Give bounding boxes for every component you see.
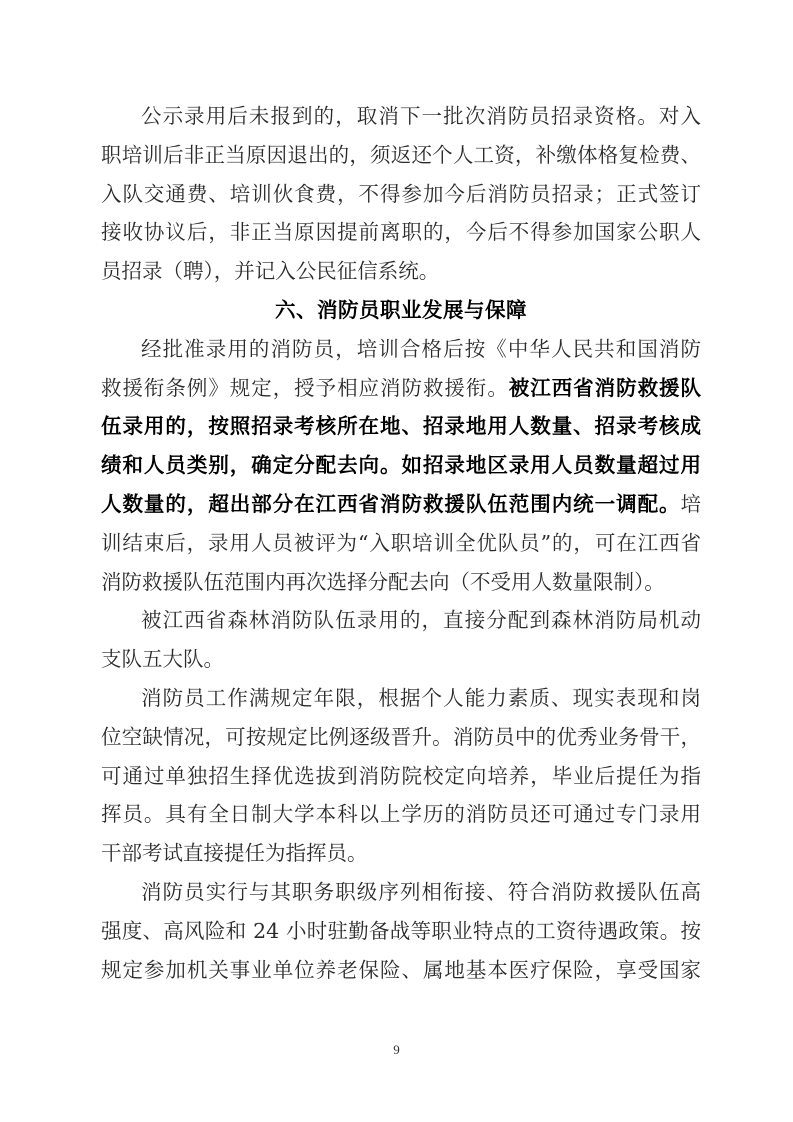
normal-text: 培 [681,492,702,516]
text-line: 消防员实行与其职务职级序列相衔接、符合消防救援队伍高 [101,873,701,912]
document-page: 公示录用后未报到的，取消下一批次消防员招录资格。对入 职培训后非正当原因退出的，… [101,97,701,989]
paragraph-assignment: 经批准录用的消防员，培训合格后按《中华人民共和国消防 救援衔条例》规定，授予相应… [101,330,701,602]
text-line-mixed: 人数量的，超出部分在江西省消防救援队伍范围内统一调配。培 [101,485,701,524]
bold-text-line: 伍录用的，按照招录考核所在地、招录地用人数量、招录考核成 [101,407,701,446]
text-line: 消防员工作满规定年限，根据个人能力素质、现实表现和岗 [101,679,701,718]
text-line: 挥员。具有全日制大学本科以上学历的消防员还可通过专门录用 [101,795,701,834]
paragraph-forest-fire: 被江西省森林消防队伍录用的，直接分配到森林消防局机动 支队五大队。 [101,601,701,679]
bold-text: 被江西省消防救援队 [509,376,701,400]
text-line-mixed: 救援衔条例》规定，授予相应消防救援衔。被江西省消防救援队 [101,369,701,408]
bold-text: 人数量的，超出部分在江西省消防救援队伍范围内统一调配。 [101,492,681,516]
page-number: 9 [0,1042,793,1058]
text-line: 规定参加机关事业单位养老保险、属地基本医疗保险，享受国家 [101,951,701,990]
paragraph-promotion: 消防员工作满规定年限，根据个人能力素质、现实表现和岗 位空缺情况，可按规定比例逐… [101,679,701,873]
text-line: 干部考试直接提任为指挥员。 [101,834,701,873]
text-line: 公示录用后未报到的，取消下一批次消防员招录资格。对入 [101,97,701,136]
text-line: 消防救援队伍范围内再次选择分配去向（不受用人数量限制）。 [101,563,701,602]
text-line: 强度、高风险和 24 小时驻勤备战等职业特点的工资待遇政策。按 [101,912,701,951]
bold-text-line: 绩和人员类别，确定分配去向。如招录地区录用人员数量超过用 [101,446,701,485]
text-line: 可通过单独招生择优选拔到消防院校定向培养，毕业后提任为指 [101,757,701,796]
paragraph-salary-benefits: 消防员实行与其职务职级序列相衔接、符合消防救援队伍高 强度、高风险和 24 小时… [101,873,701,989]
text-line: 接收协议后，非正当原因提前离职的，今后不得参加国家公职人 [101,213,701,252]
text-line: 位空缺情况，可按规定比例逐级晋升。消防员中的优秀业务骨干， [101,718,701,757]
text-line: 员招录（聘），并记入公民征信系统。 [101,252,701,291]
paragraph-recruitment-penalties: 公示录用后未报到的，取消下一批次消防员招录资格。对入 职培训后非正当原因退出的，… [101,97,701,291]
text-line: 入队交通费、培训伙食费，不得参加今后消防员招录；正式签订 [101,175,701,214]
text-line: 支队五大队。 [101,640,701,679]
text-line: 被江西省森林消防队伍录用的，直接分配到森林消防局机动 [101,601,701,640]
normal-text: 救援衔条例》规定，授予相应消防救援衔。 [101,376,509,400]
text-line: 职培训后非正当原因退出的，须返还个人工资，补缴体格复检费、 [101,136,701,175]
section-heading: 六、消防员职业发展与保障 [101,291,701,330]
text-line: 训结束后，录用人员被评为“入职培训全优队员”的，可在江西省 [101,524,701,563]
text-line: 经批准录用的消防员，培训合格后按《中华人民共和国消防 [101,330,701,369]
